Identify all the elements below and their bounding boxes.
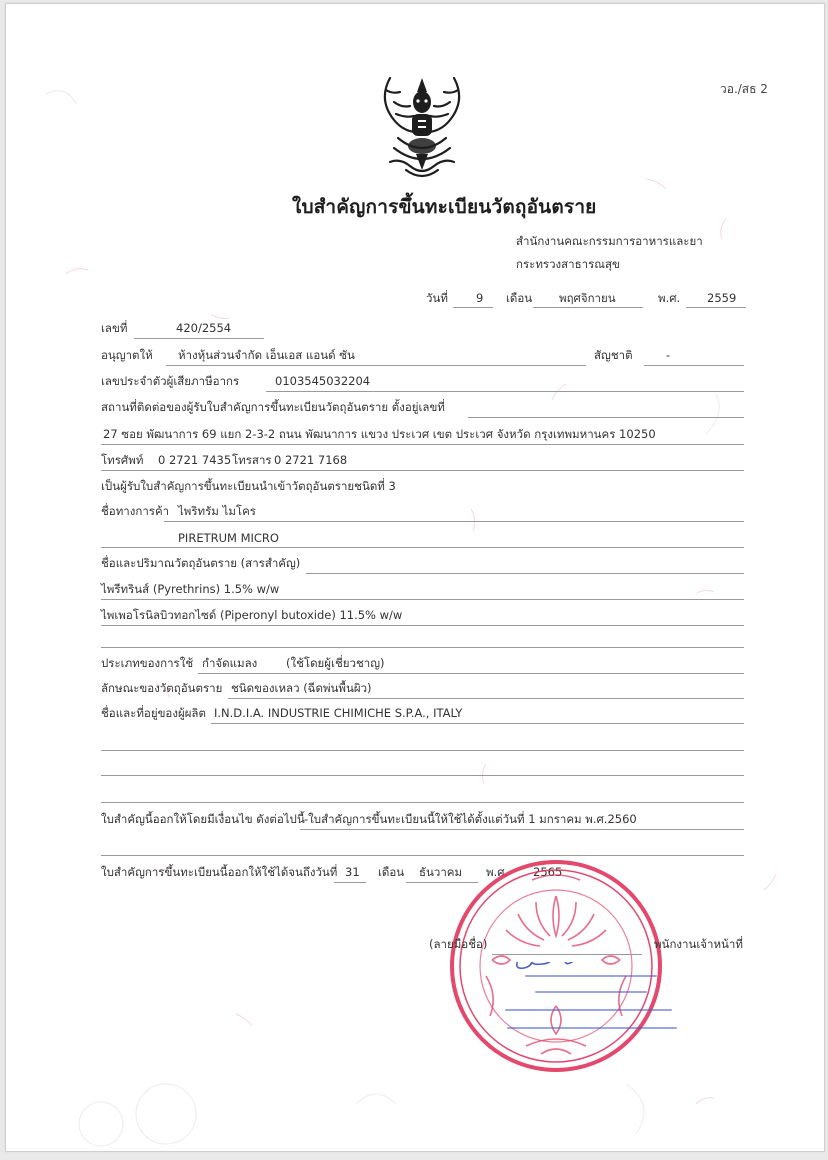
day-label: วันที่ xyxy=(426,291,448,305)
valid-day: 31 xyxy=(345,865,360,879)
condition-label: ใบสำคัญนี้ออกให้โดยมีเงื่อนไข ดังต่อไปนี… xyxy=(101,812,305,826)
condition-value: -ใบสำคัญการขึ้นทะเบียนนี้ให้ใช้ได้ตั้งแต… xyxy=(304,812,637,826)
manufacturer-label: ชื่อและที่อยู่ของผู้ผลิต xyxy=(101,706,206,720)
address-label: สถานที่ติดต่อของผู้รับใบสำคัญการขึ้นทะเบ… xyxy=(101,400,445,414)
certificate-title: ใบสำคัญการขึ้นทะเบียนวัตถุอันตราย xyxy=(292,192,597,222)
handwritten-signature xyxy=(496,962,696,1052)
ingredient-item: ไพเพอโรนิลบิวทอกไซด์ (Piperonyl butoxide… xyxy=(101,608,402,622)
certificate-page: วอ./สธ 2 ใบสำคัญการขึ้นทะเบียนวัตถุอันตร… xyxy=(5,3,825,1152)
trade-name-label: ชื่อทางการค้า xyxy=(101,504,169,518)
garuda-emblem-icon xyxy=(376,72,468,184)
tax-id-label: เลขประจำตัวผู้เสียภาษีอากร xyxy=(101,374,239,388)
nationality-value: - xyxy=(666,348,670,362)
valid-month-label: เดือน xyxy=(378,865,404,879)
valid-until-label: ใบสำคัญการขึ้นทะเบียนนี้ออกให้ใช้ได้จนถึ… xyxy=(101,865,337,879)
trade-name-english: PIRETRUM MICRO xyxy=(178,531,279,545)
fax-value: 0 2721 7168 xyxy=(274,453,347,467)
ingredient-item: ไพรีทรินส์ (Pyrethrins) 1.5% w/w xyxy=(101,582,279,596)
manufacturer-value: I.N.D.I.A. INDUSTRIE CHIMICHE S.P.A., IT… xyxy=(214,706,462,720)
nationality-label: สัญชาติ xyxy=(594,348,633,362)
registration-type: เป็นผู้รับใบสำคัญการขึ้นทะเบียนนำเข้าวัต… xyxy=(101,479,396,493)
phone-label: โทรศัพท์ xyxy=(101,453,143,467)
day-value: 9 xyxy=(476,291,483,305)
tax-id-value: 0103545032204 xyxy=(275,374,370,388)
usage-note: (ใช้โดยผู้เชี่ยวชาญ) xyxy=(286,656,385,670)
year-value: 2559 xyxy=(707,291,736,305)
issuer-ministry: กระทรวงสาธารณสุข xyxy=(516,257,620,271)
trade-name-thai: ไพริทรัม ไมโคร xyxy=(178,504,256,518)
officer-title: พนักงานเจ้าหน้าที่ xyxy=(654,937,743,951)
number-label: เลขที่ xyxy=(101,321,127,335)
fax-label: โทรสาร xyxy=(232,453,272,467)
year-label: พ.ศ. xyxy=(658,291,680,305)
usage-value: กำจัดแมลง xyxy=(202,656,257,670)
signature-label: (ลายมือชื่อ) xyxy=(429,937,487,951)
licensee-label: อนุญาตให้ xyxy=(101,348,153,362)
form-value: ชนิดของเหลว (ฉีดพ่นพื้นผิว) xyxy=(231,681,372,695)
address-value: 27 ซอย พัฒนาการ 69 แยก 2-3-2 ถนน พัฒนากา… xyxy=(103,427,656,441)
form-label: ลักษณะของวัตถุอันตราย xyxy=(101,681,222,695)
month-value: พฤศจิกายน xyxy=(559,291,616,305)
licensee-value: ห้างหุ้นส่วนจำกัด เอ็นเอส แอนด์ ซัน xyxy=(178,348,355,362)
ingredients-label: ชื่อและปริมาณวัตถุอันตราย (สารสำคัญ) xyxy=(101,556,300,570)
phone-value: 0 2721 7435 xyxy=(158,453,231,467)
usage-label: ประเภทของการใช้ xyxy=(101,656,193,670)
registration-number: 420/2554 xyxy=(176,321,231,335)
month-label: เดือน xyxy=(506,291,532,305)
issuer-agency: สำนักงานคณะกรรมการอาหารและยา xyxy=(516,234,703,248)
form-code: วอ./สธ 2 xyxy=(720,80,768,99)
